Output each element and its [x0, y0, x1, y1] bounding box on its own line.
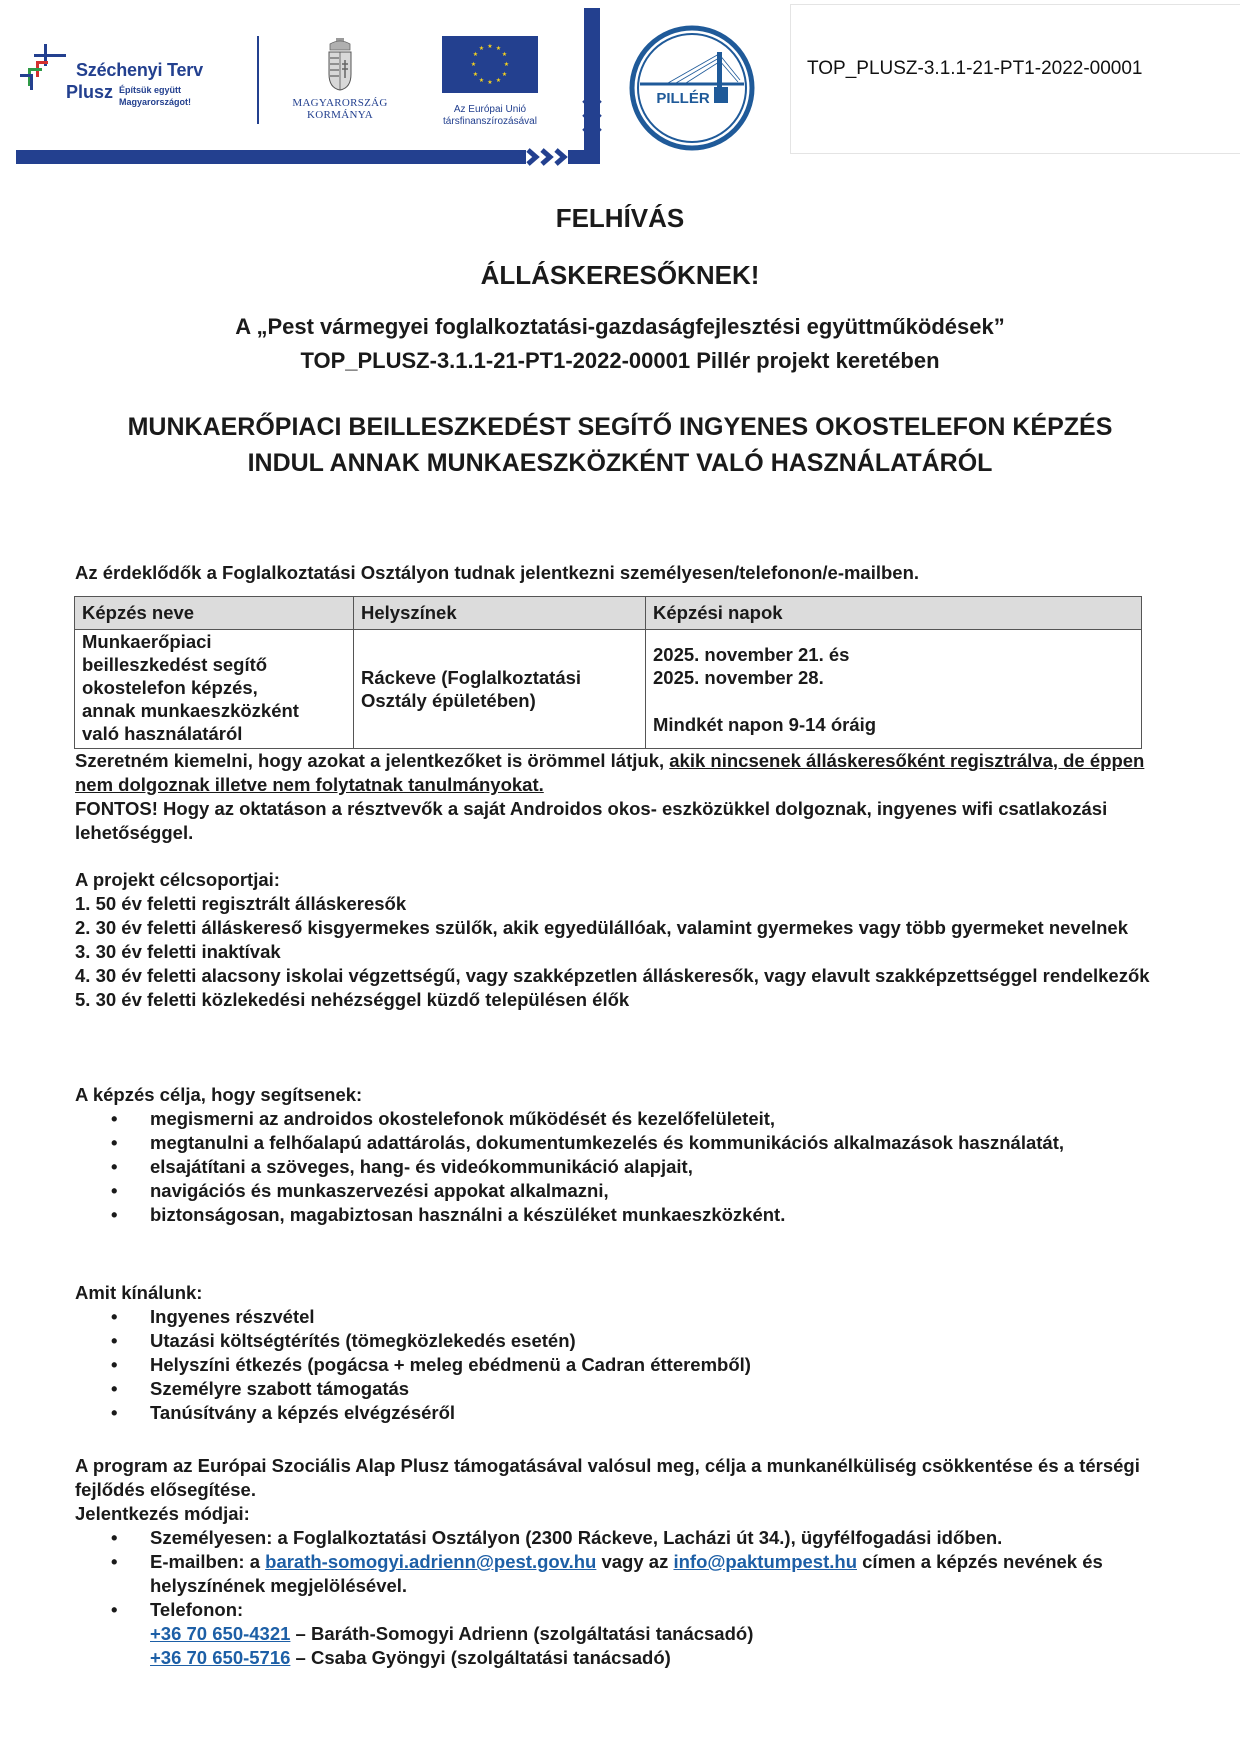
bullet-icon: • — [111, 1526, 117, 1550]
svg-text:PILLÉR: PILLÉR — [656, 90, 710, 107]
svg-text:★: ★ — [496, 45, 501, 52]
email-prefix: E-mailben: a — [150, 1551, 265, 1572]
goal-text: biztonságosan, magabiztosan használni a … — [150, 1204, 785, 1225]
offer-heading: Amit kínálunk: — [75, 1281, 1155, 1305]
list-item: •Utazási költségtérítés (tömegközlekedés… — [75, 1329, 1155, 1353]
list-item: •navigációs és munkaszervezési appokat a… — [75, 1179, 1155, 1203]
svg-text:★: ★ — [487, 79, 492, 86]
tagline-line-1: Építsük együtt — [119, 84, 191, 96]
table-header-row: Képzés neve Helyszínek Képzési napok — [75, 597, 1142, 630]
important-text: Hogy az oktatáson a résztvevők a saját A… — [75, 798, 1107, 843]
course-name-line: beilleszkedést segítő — [82, 653, 346, 676]
list-item: •elsajátítani a szöveges, hang- és videó… — [75, 1155, 1155, 1179]
phone-contact: – Baráth-Somogyi Adrienn (szolgáltatási … — [290, 1623, 753, 1644]
location-line: Ráckeve (Foglalkoztatási — [361, 666, 638, 689]
list-item: •Tanúsítvány a képzés elvégzéséről — [75, 1401, 1155, 1425]
cell-course-name: Munkaerőpiaci beilleszkedést segítő okos… — [75, 630, 354, 749]
svg-text:★: ★ — [479, 45, 484, 52]
email-link-info[interactable]: info@paktumpest.hu — [673, 1551, 857, 1572]
location-line: Osztály épületében) — [361, 689, 638, 712]
list-item: •Személyre szabott támogatás — [75, 1377, 1155, 1401]
phone-entry: +36 70 650-4321 – Baráth-Somogyi Adrienn… — [150, 1622, 1155, 1646]
svg-text:★: ★ — [502, 71, 507, 78]
project-code: TOP_PLUSZ-3.1.1-21-PT1-2022-00001 — [807, 58, 1143, 80]
piller-logo-icon: PILLÉR — [628, 24, 756, 152]
eu-line-2: társfinanszírozásával — [420, 116, 560, 128]
government-line-1: MAGYARORSZÁG — [285, 97, 395, 109]
target-groups-heading: A projekt célcsoportjai: — [75, 868, 1155, 892]
header-banner: Széchenyi Terv Plusz Építsük együtt Magy… — [0, 0, 1240, 170]
in-person-text: Személyesen: a Foglalkoztatási Osztályon… — [150, 1527, 1002, 1548]
bullet-icon: • — [111, 1305, 117, 1329]
goals-section: A képzés célja, hogy segítsenek: •megism… — [75, 1083, 1155, 1227]
svg-text:★: ★ — [473, 51, 478, 58]
date-line: 2025. november 21. és — [653, 643, 1134, 666]
table-row: Munkaerőpiaci beilleszkedést segítő okos… — [75, 630, 1142, 749]
apply-phone: •Telefonon: +36 70 650-4321 – Baráth-Som… — [75, 1598, 1155, 1670]
course-name-line: Munkaerőpiaci — [82, 630, 346, 653]
goals-heading: A képzés célja, hogy segítsenek: — [75, 1083, 1155, 1107]
bullet-icon: • — [111, 1377, 117, 1401]
offer-text: Tanúsítvány a képzés elvégzéséről — [150, 1402, 455, 1423]
svg-text:★: ★ — [479, 77, 484, 84]
eu-logo: ★★★ ★★★ ★★★ ★★★ Az Európai Unió társfina… — [420, 36, 560, 128]
goal-text: navigációs és munkaszervezési appokat al… — [150, 1180, 609, 1201]
chevrons-right-icon — [448, 148, 588, 166]
szechenyi-tagline: Építsük együtt Magyarországot! — [119, 84, 191, 108]
apply-email: •E-mailben: a barath-somogyi.adrienn@pes… — [75, 1550, 1155, 1598]
svg-text:★: ★ — [502, 51, 507, 58]
course-name-line: való használatáról — [82, 722, 346, 745]
intro-text: Az érdeklődők a Foglalkoztatási Osztályo… — [75, 562, 919, 584]
apply-methods-list: •Személyesen: a Foglalkoztatási Osztályo… — [75, 1526, 1155, 1670]
subtitle-project-name: A „Pest vármegyei foglalkoztatási-gazdas… — [0, 314, 1240, 340]
svg-text:★: ★ — [471, 61, 476, 68]
bullet-icon: • — [111, 1401, 117, 1425]
email-link-barath-somogyi[interactable]: barath-somogyi.adrienn@pest.gov.hu — [265, 1551, 596, 1572]
main-heading-line-1: MUNKAERŐPIACI BEILLESZKEDÉST SEGÍTŐ INGY… — [0, 413, 1240, 442]
bullet-icon: • — [111, 1353, 117, 1377]
program-section: A program az Európai Szociális Alap Plus… — [75, 1454, 1155, 1670]
list-item: •biztonságosan, magabiztosan használni a… — [75, 1203, 1155, 1227]
offer-section: Amit kínálunk: •Ingyenes részvétel •Utaz… — [75, 1281, 1155, 1425]
title-allaskeresoknek: ÁLLÁSKERESŐKNEK! — [0, 260, 1240, 291]
target-group-item: 1. 50 év feletti regisztrált álláskereső… — [75, 892, 1155, 916]
column-header-locations: Helyszínek — [354, 597, 646, 630]
target-group-item: 2. 30 év feletti álláskereső kisgyermeke… — [75, 916, 1155, 940]
important-label: FONTOS! — [75, 798, 158, 819]
svg-text:★: ★ — [473, 71, 478, 78]
phone-link[interactable]: +36 70 650-4321 — [150, 1623, 290, 1644]
phone-entry: +36 70 650-5716 – Csaba Gyöngyi (szolgál… — [150, 1646, 1155, 1670]
goals-list: •megismerni az androidos okostelefonok m… — [75, 1107, 1155, 1227]
goal-text: megismerni az androidos okostelefonok mű… — [150, 1108, 775, 1129]
eu-cofinancing-text: Az Európai Unió társfinanszírozásával — [420, 104, 560, 128]
apply-heading: Jelentkezés módjai: — [75, 1502, 1155, 1526]
offer-text: Helyszíni étkezés (pogácsa + meleg ebédm… — [150, 1354, 751, 1375]
offer-text: Személyre szabott támogatás — [150, 1378, 409, 1399]
phone-contact: – Csaba Gyöngyi (szolgáltatási tanácsadó… — [290, 1647, 670, 1668]
svg-text:★: ★ — [504, 61, 509, 68]
eu-flag-icon: ★★★ ★★★ ★★★ ★★★ — [442, 36, 538, 93]
list-item: •Ingyenes részvétel — [75, 1305, 1155, 1329]
important-note: FONTOS! Hogy az oktatáson a résztvevők a… — [75, 797, 1155, 845]
eu-line-1: Az Európai Unió — [420, 104, 560, 116]
coat-of-arms-icon — [324, 36, 356, 92]
bullet-icon: • — [111, 1598, 117, 1622]
highlight-paragraph: Szeretném kiemelni, hogy azokat a jelent… — [75, 749, 1155, 845]
program-description: A program az Európai Szociális Alap Plus… — [75, 1454, 1155, 1502]
target-group-item: 3. 30 év feletti inaktívak — [75, 940, 1155, 964]
bullet-icon: • — [111, 1155, 117, 1179]
goal-text: megtanulni a felhőalapú adattárolás, dok… — [150, 1132, 1064, 1153]
cell-training-days: 2025. november 21. és 2025. november 28.… — [646, 630, 1142, 749]
svg-text:★: ★ — [487, 43, 492, 50]
bullet-icon: • — [111, 1329, 117, 1353]
target-group-item: 4. 30 év feletti alacsony iskolai végzet… — [75, 964, 1155, 988]
column-header-course-name: Képzés neve — [75, 597, 354, 630]
main-heading-line-2: INDUL ANNAK MUNKAESZKÖZKÉNT VALÓ HASZNÁL… — [0, 449, 1240, 478]
szechenyi-terv-logo: Széchenyi Terv Plusz Építsük együtt Magy… — [16, 42, 226, 122]
bullet-icon: • — [111, 1550, 117, 1574]
logo-divider — [257, 36, 259, 124]
bullet-icon: • — [111, 1107, 117, 1131]
highlight-lead: Szeretném kiemelni, hogy azokat a jelent… — [75, 750, 669, 771]
apply-in-person: •Személyesen: a Foglalkoztatási Osztályo… — [75, 1526, 1155, 1550]
offer-list: •Ingyenes részvétel •Utazási költségtérí… — [75, 1305, 1155, 1425]
goal-text: elsajátítani a szöveges, hang- és videók… — [150, 1156, 693, 1177]
email-mid: vagy az — [596, 1551, 673, 1572]
government-name: MAGYARORSZÁG KORMÁNYA — [285, 97, 395, 121]
tagline-line-2: Magyarországot! — [119, 96, 191, 108]
course-name-line: okostelefon képzés, — [82, 676, 346, 699]
szechenyi-title: Széchenyi Terv — [76, 60, 203, 81]
phone-link[interactable]: +36 70 650-5716 — [150, 1647, 290, 1668]
target-group-item: 5. 30 év feletti közlekedési nehézséggel… — [75, 988, 1155, 1012]
list-item: •Helyszíni étkezés (pogácsa + meleg ebéd… — [75, 1353, 1155, 1377]
course-name-line: annak munkaeszközként — [82, 699, 346, 722]
date-line: 2025. november 28. — [653, 666, 1134, 689]
target-groups-section: A projekt célcsoportjai: 1. 50 év felett… — [75, 868, 1155, 1012]
government-line-2: KORMÁNYA — [285, 109, 395, 121]
bullet-icon: • — [111, 1179, 117, 1203]
highlight-note: Szeretném kiemelni, hogy azokat a jelent… — [75, 749, 1155, 797]
svg-text:★: ★ — [496, 77, 501, 84]
bullet-icon: • — [111, 1203, 117, 1227]
training-hours: Mindkét napon 9-14 óráig — [653, 713, 1134, 736]
phone-heading: Telefonon: — [150, 1599, 243, 1620]
offer-text: Utazási költségtérítés (tömegközlekedés … — [150, 1330, 576, 1351]
list-item: •megismerni az androidos okostelefonok m… — [75, 1107, 1155, 1131]
szechenyi-cross-icon — [20, 44, 72, 90]
bullet-icon: • — [111, 1131, 117, 1155]
szechenyi-plusz: Plusz — [66, 82, 113, 103]
subtitle-project-code: TOP_PLUSZ-3.1.1-21-PT1-2022-00001 Pillér… — [0, 348, 1240, 374]
cell-location: Ráckeve (Foglalkoztatási Osztály épületé… — [354, 630, 646, 749]
banner-stripe-horizontal — [16, 150, 448, 164]
chevrons-down-icon — [582, 96, 602, 146]
project-code-box: TOP_PLUSZ-3.1.1-21-PT1-2022-00001 — [790, 4, 1240, 154]
title-felhivas: FELHÍVÁS — [0, 203, 1240, 234]
government-logo: MAGYARORSZÁG KORMÁNYA — [285, 36, 395, 128]
column-header-training-days: Képzési napok — [646, 597, 1142, 630]
offer-text: Ingyenes részvétel — [150, 1306, 315, 1327]
course-table: Képzés neve Helyszínek Képzési napok Mun… — [74, 596, 1142, 749]
list-item: •megtanulni a felhőalapú adattárolás, do… — [75, 1131, 1155, 1155]
